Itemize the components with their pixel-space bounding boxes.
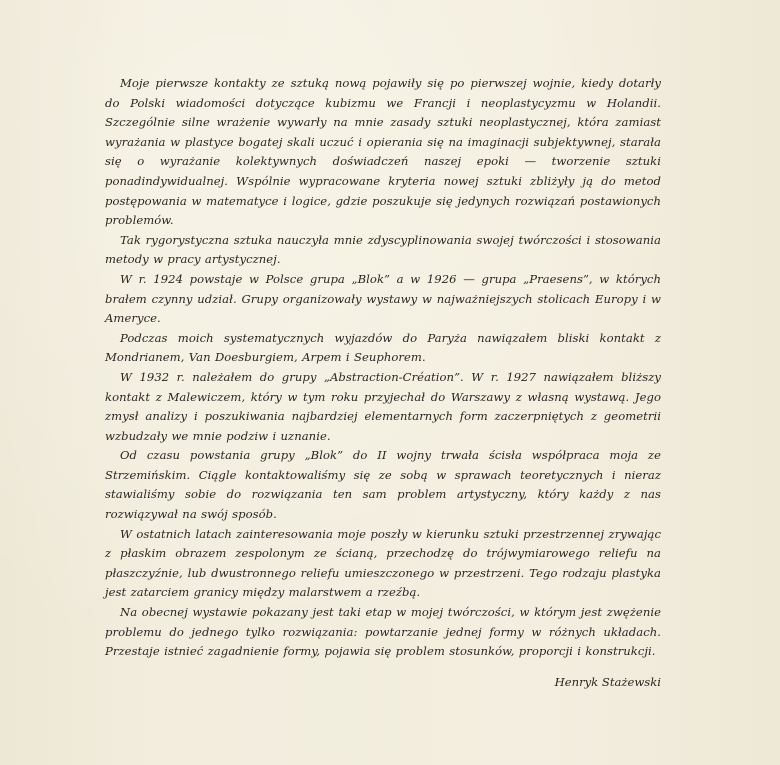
paragraph-strzeminski: Od czasu powstania grupy „Blok” do II wo… bbox=[105, 446, 661, 524]
paragraph-blok-praesens: W r. 1924 powstaje w Polsce grupa „Blok”… bbox=[105, 270, 661, 329]
paragraph-abstraction-creation: W 1932 r. należałem do grupy „Abstractio… bbox=[105, 368, 661, 446]
author-signature: Henryk Stażewski bbox=[540, 673, 661, 693]
paragraph-first-contacts: Moje pierwsze kontakty ze sztuką nową po… bbox=[105, 74, 661, 231]
paragraph-paris-trips: Podczas moich systematycznych wyjazdów d… bbox=[105, 329, 661, 368]
paragraph-rigorous-art: Tak rygorystyczna sztuka nauczyła mnie z… bbox=[105, 231, 661, 270]
paragraph-spatial-art: W ostatnich latach zainteresowania moje … bbox=[105, 525, 661, 603]
scanned-page: Moje pierwsze kontakty ze sztuką nową po… bbox=[0, 0, 780, 765]
body-text: Moje pierwsze kontakty ze sztuką nową po… bbox=[105, 74, 661, 662]
paragraph-current-exhibition: Na obecnej wystawie pokazany jest taki e… bbox=[105, 603, 661, 662]
